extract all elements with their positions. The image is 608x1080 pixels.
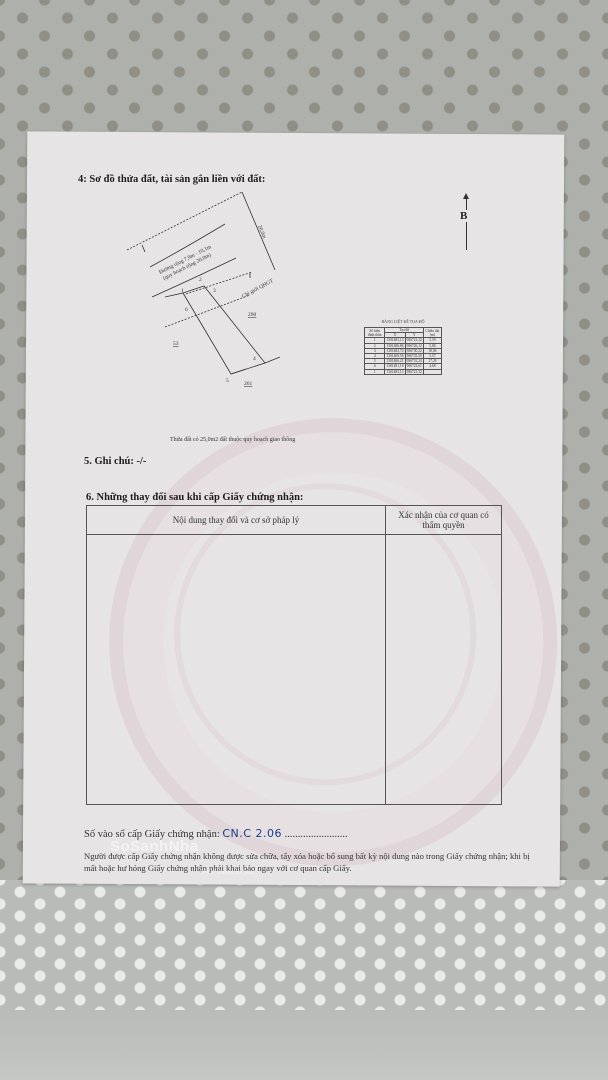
coordinate-x: 1301482,74	[385, 348, 405, 353]
svg-text:5: 5	[226, 378, 229, 384]
watermark-tagline: Great choice for you	[200, 870, 254, 876]
coordinate-y: 586726,12	[405, 343, 423, 348]
svg-text:6: 6	[185, 307, 188, 313]
boundary-label: Chỉ giới QHGT	[241, 278, 275, 300]
coordinate-y: 586730,22	[405, 348, 423, 353]
map-note: Thửa đất có 25,0m2 đất thuộc quy hoạch g…	[170, 437, 295, 443]
coordinate-x: 1301483,13	[385, 369, 405, 374]
col-point: Số hiệu đỉnh thửa	[365, 328, 385, 338]
section5-title: 5. Ghi chú: -/-	[84, 456, 146, 467]
coordinate-x: 1301483,13	[385, 338, 405, 343]
changes-confirmation-cell	[386, 535, 502, 805]
coordinate-point: 1	[365, 369, 385, 374]
coordinate-x: 1301469,56	[385, 354, 405, 359]
coordinate-x: 1301486,86	[385, 343, 405, 348]
registry-dots: ........................	[285, 829, 348, 840]
changes-table: Nội dung thay đổi và cơ sở pháp lý Xác n…	[86, 505, 502, 805]
coordinate-y: 586731,24	[405, 359, 423, 364]
north-arrow-icon: B	[460, 196, 474, 256]
watermark-brand: SoSanhNha	[110, 838, 199, 855]
svg-text:3: 3	[213, 288, 216, 294]
svg-text:2: 2	[199, 277, 202, 283]
coordinate-length	[423, 369, 441, 374]
registry-number: CN.C 2.06	[222, 827, 282, 840]
coordinate-row: 11301483,13586721,32	[365, 369, 442, 374]
dimension-label: 20,0m	[256, 225, 267, 241]
north-label: B	[460, 210, 467, 222]
col-length: Chiều dài (m)	[423, 328, 441, 338]
coordinate-x: 1301466,21	[385, 359, 405, 364]
svg-text:1: 1	[181, 288, 184, 294]
coordinate-table: BẢNG LIỆT KÊ TỌA ĐỘ Số hiệu đỉnh thửa Tọ…	[364, 319, 442, 375]
coordinate-y: 586735,50	[405, 354, 423, 359]
parcel-53: 53	[173, 341, 179, 347]
coordinate-y: 586723,61	[405, 364, 423, 369]
coordinate-y: 586721,32	[405, 338, 423, 343]
coordinate-y: 586721,32	[405, 369, 423, 374]
parcel-290: 290	[248, 312, 257, 318]
coordinate-x: 1301481,18	[385, 364, 405, 369]
coordinate-table-title: BẢNG LIỆT KÊ TỌA ĐỘ	[364, 319, 442, 324]
changes-content-cell	[87, 535, 386, 805]
parcel-261: 261	[244, 381, 253, 387]
changes-header-confirmation: Xác nhận của cơ quan có thẩm quyền	[386, 506, 502, 535]
section6-title: 6. Những thay đổi sau khi cấp Giấy chứng…	[86, 492, 303, 503]
svg-text:4: 4	[253, 356, 256, 362]
changes-header-content: Nội dung thay đổi và cơ sở pháp lý	[87, 506, 386, 535]
